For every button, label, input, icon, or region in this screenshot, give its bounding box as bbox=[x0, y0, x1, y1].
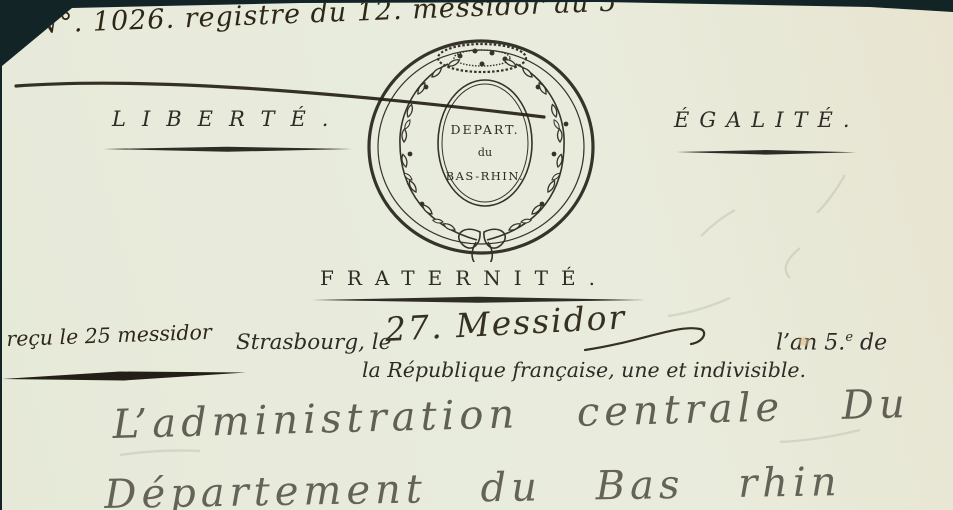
handwritten-body-line1: L’administration centrale Du bbox=[112, 381, 910, 448]
handwritten-margin-note: reçu le 25 messidor bbox=[6, 320, 212, 351]
seal-text-bas-rhin: BAS-RHIN. bbox=[446, 169, 525, 183]
departement-seal: DEPART. du BAS-RHIN. bbox=[360, 32, 602, 262]
seal-cartouche-inner bbox=[442, 84, 528, 202]
dateline-printed-prefix: Strasbourg, le bbox=[236, 330, 391, 355]
seal-cartouche-outer bbox=[438, 80, 532, 206]
document-paper: N°. 1026. registre du 12. messidor au 5 … bbox=[0, 0, 953, 510]
wreath-bow-icon bbox=[459, 229, 506, 262]
wreath-right-branch-icon bbox=[487, 58, 568, 240]
dateline-an-de: l’an 5.e de bbox=[776, 330, 887, 355]
motto-egalite: ÉGALITÉ. bbox=[674, 108, 860, 132]
seal-text-du: du bbox=[478, 146, 492, 159]
dateline-an-rest: de bbox=[853, 330, 887, 355]
motto-fraternite: FRATERNITÉ. bbox=[320, 266, 608, 290]
dateline-an-superscript: e bbox=[845, 330, 853, 345]
margin-note-underline bbox=[2, 372, 246, 381]
handwritten-date: 27. Messidor bbox=[384, 297, 627, 349]
handwritten-body-line2: Département du Bas rhin bbox=[104, 459, 842, 510]
motto-liberte: LIBERTÉ. bbox=[112, 107, 344, 131]
dateline-an-main: l’an 5. bbox=[776, 330, 845, 355]
rule-egalite bbox=[676, 150, 856, 155]
seal-text-depart: DEPART. bbox=[450, 122, 519, 137]
wreath-crown-icon bbox=[438, 44, 526, 72]
paper-stain bbox=[798, 337, 810, 346]
republique-line: la République française, une et indivisi… bbox=[362, 358, 806, 382]
rule-liberte bbox=[103, 147, 352, 152]
